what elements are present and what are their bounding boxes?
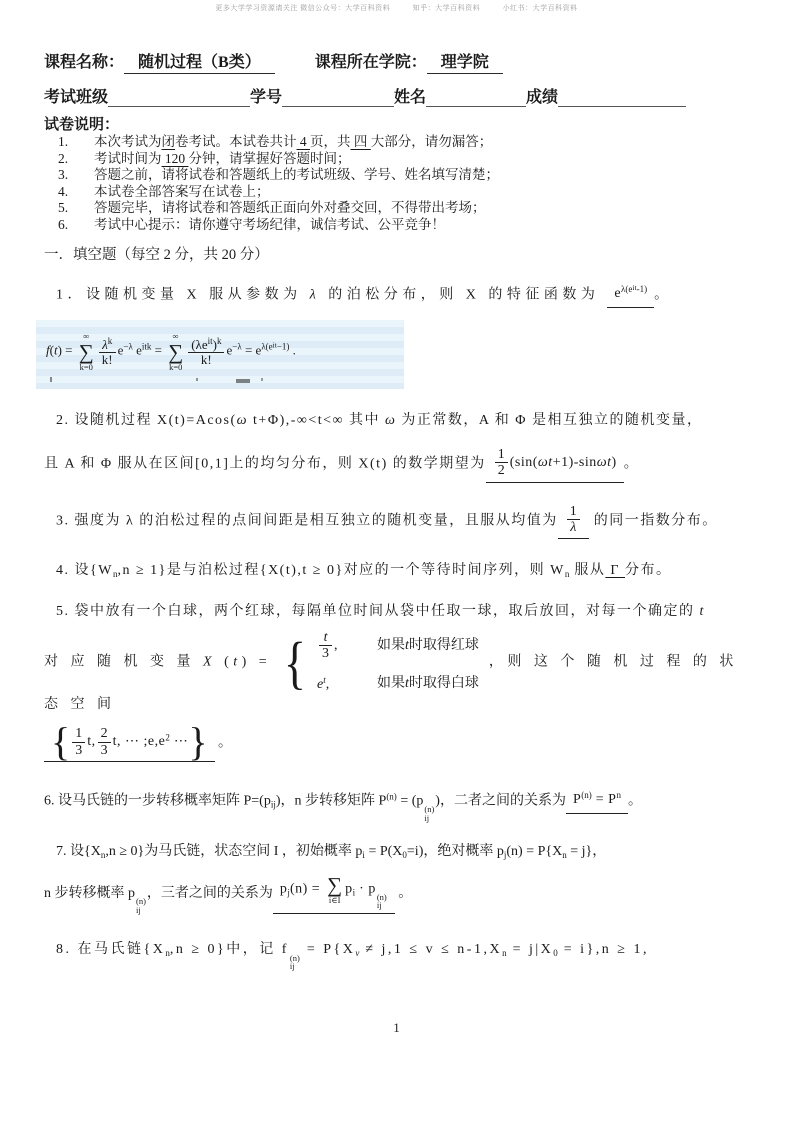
instruction-item-2: 2. 考试时间为 120 分钟，请掌握好答题时间； (44, 151, 749, 168)
name-label: 姓名 (394, 89, 426, 106)
instruction-number: 6. (58, 217, 74, 234)
question-5-answer: {13t,23t, ⋯ ;e,e2 ⋯} 。 (44, 725, 749, 762)
college-value: 理学院 (427, 49, 503, 74)
question-7-line2: n 步转移概率 p(n)ij，三者之间的关系为pj(n) = ∑i∈Ipi · … (44, 873, 749, 914)
q1-solution-formula: f(t) = ∞∑k=0λkk!e−λ eitk = ∞∑k=0(λeit)kk… (46, 332, 394, 371)
page-number: 1 (0, 1020, 793, 1036)
college-label: 课程所在学院： (315, 54, 427, 71)
instruction-text: 本次考试为闭卷考试。本试卷共计 4 页，共 四 大部分，请勿漏答； (94, 134, 492, 151)
section-title-fill-in-blanks: 一．填空题（每空 2 分，共 20 分） (44, 243, 749, 264)
instruction-number: 3. (58, 167, 74, 184)
course-name-label: 课程名称： (44, 54, 124, 71)
question-2-line1: 2. 设随机过程 X(t)=Acos(ω t+Φ),-∞<t<∞ 其中 ω 为正… (44, 411, 749, 431)
instruction-number: 5. (58, 200, 74, 217)
score-label: 成绩 (526, 89, 558, 106)
course-name-value: 随机过程（B类） (124, 49, 275, 74)
question-2-line2: 且 A 和 Φ 服从在区间[0,1]上的均匀分布，则 X(t) 的数学期望为12… (44, 446, 749, 483)
question-6: 6. 设马氏链的一步转移概率矩阵 P=(pij)，n 步转移矩阵 P(n) = … (44, 788, 749, 822)
instruction-text: 答题完毕，请将试卷和答题纸正面向外对叠交回，不得带出考场； (94, 200, 486, 217)
instruction-item-3: 3. 答题之前，请将试卷和答题纸上的考试班级、学号、姓名填写清楚； (44, 167, 749, 184)
exam-page: { "watermark": "更多大学学习资源请关注 微信公众号：大学百科资料… (0, 0, 793, 1122)
instruction-text: 考试中心提示：请你遵守考场纪律，诚信考试、公平竞争！ (94, 217, 445, 234)
score-blank (558, 89, 686, 107)
question-1: 1．设随机变量 X 服从参数为 λ 的泊松分布，则 X 的特征函数为 eλ(ei… (44, 282, 749, 308)
question-5-line2: 对 应 随 机 变 量 X (t) ={t3,如果t时取得红球et,如果t时取得… (44, 630, 749, 715)
formula-highlight-box: f(t) = ∞∑k=0λkk!e−λ eitk = ∞∑k=0(λeit)kk… (36, 320, 404, 389)
question-8: 8. 在马氏链{Xn,n ≥ 0}中，记 f(n)ij = P{Xv ≠ j,1… (44, 940, 749, 971)
instruction-number: 2. (58, 151, 74, 168)
question-7-line1: 7. 设{Xn,n ≥ 0}为马氏链，状态空间 I ，初始概率 pi = P(X… (44, 842, 749, 862)
question-4: 4. 设{Wn,n ≥ 1}是与泊松过程{X(t),t ≥ 0}对应的一个等待时… (44, 561, 749, 581)
question-5-line1: 5. 袋中放有一个白球，两个红球，每隔单位时间从袋中任取一球，取后放回，对每一个… (44, 602, 749, 622)
instruction-text: 答题之前，请将试卷和答题纸上的考试班级、学号、姓名填写清楚； (94, 167, 499, 184)
header-course-line: 课程名称：随机过程（B类）课程所在学院：理学院 (44, 49, 749, 74)
instruction-number: 4. (58, 184, 74, 201)
instruction-item-4: 4. 本试卷全部答案写在试卷上； (44, 184, 749, 201)
header-blanks-line: 考试班级学号姓名成绩 (44, 84, 749, 107)
instruction-item-1: 1. 本次考试为闭卷考试。本试卷共计 4 页，共 四 大部分，请勿漏答； (44, 134, 749, 151)
instruction-text: 本试卷全部答案写在试卷上； (94, 184, 270, 201)
student-id-blank (282, 89, 394, 107)
document-page: 更多大学学习资源请关注 微信公众号：大学百科资料 知乎：大学百科资料 小红书：大… (0, 0, 793, 971)
instruction-number: 1. (58, 134, 74, 151)
watermark-text: 更多大学学习资源请关注 微信公众号：大学百科资料 知乎：大学百科资料 小红书：大… (44, 0, 749, 13)
student-id-label: 学号 (250, 89, 282, 106)
name-blank (426, 89, 526, 107)
question-3: 3. 强度为 λ 的泊松过程的点间间距是相互独立的随机变量，且服从均值为1λ 的… (44, 503, 749, 540)
class-blank (108, 89, 250, 107)
instruction-text: 考试时间为 120 分钟，请掌握好答题时间； (94, 151, 351, 168)
instruction-item-6: 6. 考试中心提示：请你遵守考场纪律，诚信考试、公平竞争！ (44, 217, 749, 234)
instruction-item-5: 5. 答题完毕，请将试卷和答题纸正面向外对叠交回，不得带出考场； (44, 200, 749, 217)
instructions-title: 试卷说明： (44, 113, 749, 134)
class-label: 考试班级 (44, 89, 108, 106)
formula-cutoff-artifact (46, 377, 394, 385)
